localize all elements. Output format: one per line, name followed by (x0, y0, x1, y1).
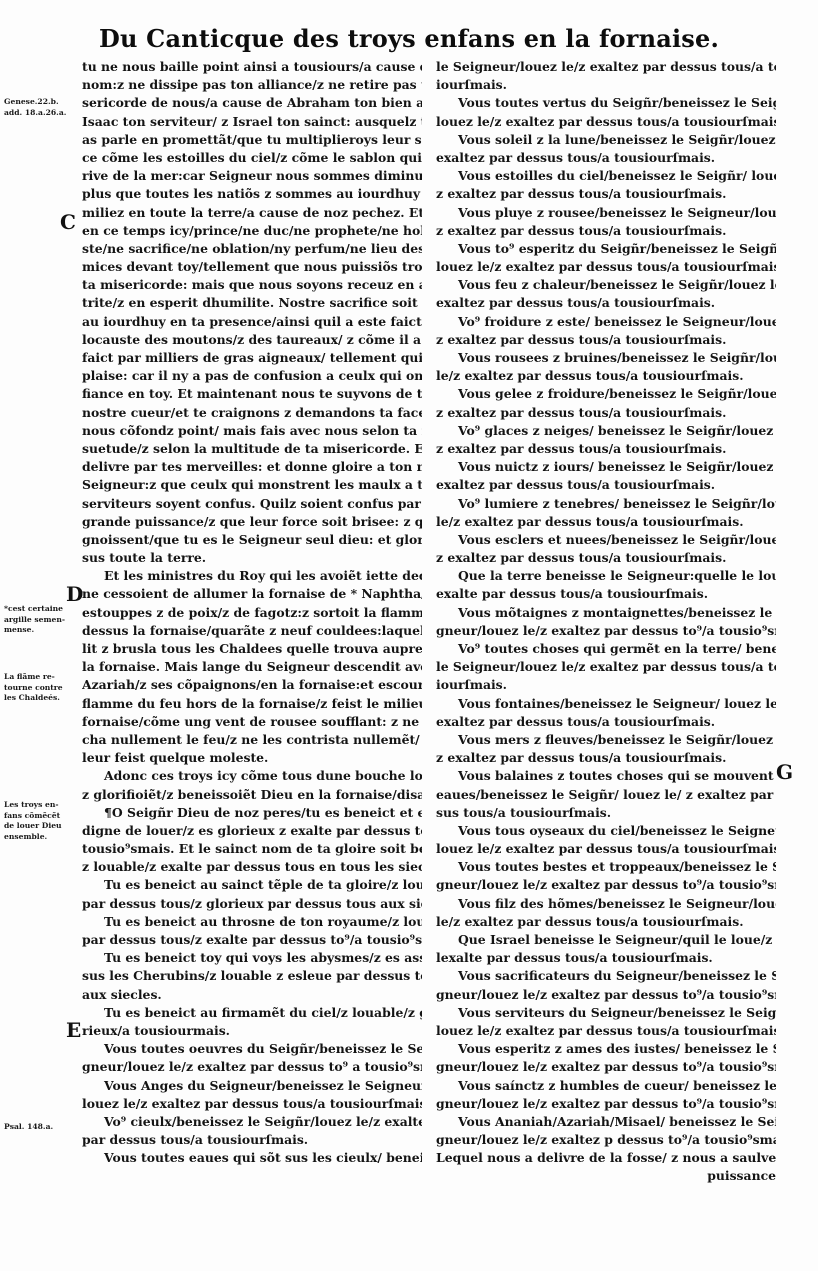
text-line: Tu es beneict au sainct tẽple de ta gloi… (82, 876, 422, 894)
text-line: au iourdhuy en ta presence/ainsi quil a … (82, 313, 422, 331)
text-line: ne cessoient de allumer la fornaise de *… (82, 585, 422, 603)
text-line: gneur/louez le/z exaltez par dessus to⁹ … (82, 1058, 422, 1076)
text-line: Vous Anges du Seigneur/beneissez le Seig… (82, 1077, 422, 1095)
text-line: la fornaise. Mais lange du Seigneur desc… (82, 658, 422, 676)
text-line: Vous mers z fleuves/beneissez le Seigñr/… (436, 731, 776, 749)
text-line: lexalte par dessus tous/a tousiourſmais. (436, 949, 776, 967)
text-line: le Seigneur/louez le/z exaltez par dessu… (436, 58, 776, 76)
text-line: rive de la mer:car Seigneur nous sommes … (82, 167, 422, 185)
text-line: sus les Cherubins/z louable z esleue par… (82, 967, 422, 985)
text-line: nostre cueur/et te craignons z demandons… (82, 404, 422, 422)
text-line: ste/ne sacrifice/ne oblation/ny perfum/n… (82, 240, 422, 258)
text-line: z exaltez par dessus tous/a tousiourſmai… (436, 331, 776, 349)
text-line: Tu es beneict au firmamẽt du ciel/z loua… (82, 1004, 422, 1022)
text-line: par dessus tous/z glorieux par dessus to… (82, 895, 422, 913)
text-line: aux siecles. (82, 986, 422, 1004)
section-marker-letter: C (60, 210, 76, 234)
text-line: le/z exaltez par dessus tous/a tousiourſ… (436, 913, 776, 931)
text-line: z exaltez par dessus tous/a tousiourſmai… (436, 749, 776, 767)
text-line: z exaltez par dessus tous/a tousiourſmai… (436, 404, 776, 422)
text-line: Vous rousees z bruines/beneissez le Seig… (436, 349, 776, 367)
left-text-column: tu ne nous baille point ainsi a tousiour… (82, 58, 422, 1167)
text-line: Vous toutes oeuvres du Seigñr/beneissez … (82, 1040, 422, 1058)
text-line: Vous feu z chaleur/beneissez le Seigñr/l… (436, 276, 776, 294)
text-line: Lequel nous a delivre de la fosse/ z nou… (436, 1149, 776, 1167)
text-line: Vous pluye z rousee/beneissez le Seigneu… (436, 204, 776, 222)
text-line: Vous soleil z la lune/beneissez le Seigñ… (436, 131, 776, 149)
text-line: Vous esclers et nuees/beneissez le Seigñ… (436, 531, 776, 549)
text-line: louez le/z exaltez par dessus tous/a tou… (436, 1022, 776, 1040)
text-line: gneur/louez le/z exaltez par dessus to⁹/… (436, 986, 776, 1004)
text-line: Tu es beneict au throsne de ton royaume/… (82, 913, 422, 931)
text-line: Tu es beneict toy qui voys les abysmes/z… (82, 949, 422, 967)
text-line: as parle en promettãt/que tu multipliero… (82, 131, 422, 149)
text-line: locauste des moutons/z des taureaux/ z c… (82, 331, 422, 349)
text-line: sericorde de nous/a cause de Abraham ton… (82, 94, 422, 112)
section-marker-letter: G (776, 760, 793, 784)
text-line: par dessus tous/a tousiourſmais. (82, 1131, 422, 1149)
text-line: Vo⁹ toutes choses qui germẽt en la terre… (436, 640, 776, 658)
book-page: Du Canticque des troys enfans en la forn… (0, 0, 818, 1271)
text-line: miliez en toute la terre/a cause de noz … (82, 204, 422, 222)
text-line: Vous esperitz z ames des iustes/ beneiss… (436, 1040, 776, 1058)
text-line: trite/z en esperit dhumilite. Nostre sac… (82, 294, 422, 312)
section-marker-letter: E (66, 1018, 81, 1042)
text-line: fornaise/cõme ung vent de rousee souffla… (82, 713, 422, 731)
text-line: Vous filz des hõmes/beneissez le Seigneu… (436, 895, 776, 913)
text-line: Seigneur:z que ceulx qui monstrent les m… (82, 476, 422, 494)
text-line: puissance (436, 1167, 776, 1185)
text-line: z exaltez par dessus tous/a tousiourſmai… (436, 549, 776, 567)
text-line: mices devant toy/tellement que nous puis… (82, 258, 422, 276)
text-line: le/z exaltez par dessus tous/a tousiourſ… (436, 513, 776, 531)
text-line: Vous estoilles du ciel/beneissez le Seig… (436, 167, 776, 185)
text-line: gnoissent/que tu es le Seigneur seul die… (82, 531, 422, 549)
text-line: Vous fontaines/beneissez le Seigneur/ lo… (436, 695, 776, 713)
text-line: z exaltez par dessus tous/a tousiourſmai… (436, 222, 776, 240)
text-line: gneur/louez le/z exaltez par dessus to⁹/… (436, 876, 776, 894)
text-line: plaise: car il ny a pas de confusion a c… (82, 367, 422, 385)
text-line: z louable/z exalte par dessus tous en to… (82, 858, 422, 876)
text-line: Que la terre beneisse le Seigneur:quelle… (436, 567, 776, 585)
text-line: ta misericorde: mais que nous soyons rec… (82, 276, 422, 294)
text-line: cha nullement le feu/z ne les contrista … (82, 731, 422, 749)
text-line: en ce temps icy/prince/ne duc/ne prophet… (82, 222, 422, 240)
text-line: ce cõme les estoilles du ciel/z cõme le … (82, 149, 422, 167)
text-line: leur feist quelque moleste. (82, 749, 422, 767)
text-line: iourſmais. (436, 76, 776, 94)
text-line: eaues/beneissez le Seigñr/ louez le/ z e… (436, 786, 776, 804)
text-line: lit z brusla tous les Chaldees quelle tr… (82, 640, 422, 658)
text-line: Vous toutes vertus du Seigñr/beneissez l… (436, 94, 776, 112)
text-line: estouppes z de poix/z de fagotz:z sortoi… (82, 604, 422, 622)
text-line: Vous toutes eaues qui sõt sus les cieulx… (82, 1149, 422, 1167)
running-head: Du Canticque des troys enfans en la forn… (0, 24, 818, 53)
text-line: nous cõfondz point/ mais fais avec nous … (82, 422, 422, 440)
text-line: exaltez par dessus tous/a tousiourſmais. (436, 294, 776, 312)
text-line: Vous Ananiah/Azariah/Misael/ beneissez l… (436, 1113, 776, 1131)
margin-note: Genese.22.b. add. 18.a.26.a. (4, 97, 70, 118)
text-line: sus tous/a tousiourſmais. (436, 804, 776, 822)
text-line: ¶O Seigñr Dieu de noz peres/tu es beneic… (82, 804, 422, 822)
text-line: suetude/z selon la multitude de ta miser… (82, 440, 422, 458)
text-line: Vous mõtaignes z montaignettes/beneissez… (436, 604, 776, 622)
text-line: Et les ministres du Roy qui les avoiẽt i… (82, 567, 422, 585)
text-line: par dessus tous/z exalte par dessus to⁹/… (82, 931, 422, 949)
text-line: Vous saínctz z humbles de cueur/ beneiss… (436, 1077, 776, 1095)
text-line: le/z exaltez par dessus tous/a tousiourſ… (436, 367, 776, 385)
text-line: louez le/z exaltez par dessus tous/a tou… (436, 258, 776, 276)
text-line: Vous toutes bestes et troppeaux/beneisse… (436, 858, 776, 876)
margin-note: Les troys en- fans cõmẽcẽt de louer Dieu… (4, 800, 70, 842)
margin-note: La flãme re- tourne contre les Chaldeés. (4, 672, 70, 704)
text-line: louez le/z exaltez par dessus tous/a tou… (436, 113, 776, 131)
text-line: z exaltez par dessus tous/a tousiourſmai… (436, 185, 776, 203)
text-line: gneur/louez le/z exaltez par dessus to⁹/… (436, 1095, 776, 1113)
text-line: Vo⁹ froidure z este/ beneissez le Seigne… (436, 313, 776, 331)
text-line: Vous gelee z froidure/beneissez le Seigñ… (436, 385, 776, 403)
text-line: louez le/z exaltez par dessus tous/a tou… (436, 840, 776, 858)
text-line: sus toute la terre. (82, 549, 422, 567)
text-line: Vous sacrificateurs du Seigneur/beneisse… (436, 967, 776, 985)
text-line: nom:z ne dissipe pas ton alliance/z ne r… (82, 76, 422, 94)
text-line: louez le/z exaltez par dessus tous/a tou… (82, 1095, 422, 1113)
text-line: flamme du feu hors de la fornaise/z feis… (82, 695, 422, 713)
margin-note: *cest certaine argille semen- mense. (4, 604, 70, 636)
text-line: gneur/louez le/z exaltez par dessus to⁹/… (436, 1058, 776, 1076)
text-line: Isaac ton serviteur/ z Israel ton sainct… (82, 113, 422, 131)
text-line: exaltez par dessus tous/a tousiourſmais. (436, 476, 776, 494)
text-line: Vo⁹ lumiere z tenebres/ beneissez le Sei… (436, 495, 776, 513)
text-line: Vous tous oyseaux du ciel/beneissez le S… (436, 822, 776, 840)
text-line: exaltez par dessus tous/a tousiourſmais. (436, 149, 776, 167)
text-line: gneur/louez le/z exaltez par dessus to⁹/… (436, 622, 776, 640)
text-line: Adonc ces troys icy cõme tous dune bouch… (82, 767, 422, 785)
text-line: exaltez par dessus tous/a tousiourſmais. (436, 713, 776, 731)
text-line: Que Israel beneisse le Seigneur/quil le … (436, 931, 776, 949)
text-line: plus que toutes les natiõs z sommes au i… (82, 185, 422, 203)
margin-note: Psal. 148.a. (4, 1122, 70, 1133)
text-line: tousio⁹smais. Et le sainct nom de ta glo… (82, 840, 422, 858)
text-line: serviteurs soyent confus. Quilz soient c… (82, 495, 422, 513)
text-line: z exaltez par dessus tous/a tousiourſmai… (436, 440, 776, 458)
text-line: dessus la fornaise/quarãte z neuf coulde… (82, 622, 422, 640)
text-line: Vous to⁹ esperitz du Seigñr/beneissez le… (436, 240, 776, 258)
text-line: z glorifioiẽt/z beneissoiẽt Dieu en la f… (82, 786, 422, 804)
text-line: exalte par dessus tous/a tousiourſmais. (436, 585, 776, 603)
text-line: tu ne nous baille point ainsi a tousiour… (82, 58, 422, 76)
text-line: fiance en toy. Et maintenant nous te suy… (82, 385, 422, 403)
text-line: iourſmais. (436, 676, 776, 694)
text-line: Vous serviteurs du Seigneur/beneissez le… (436, 1004, 776, 1022)
text-line: Vo⁹ cieulx/beneissez le Seigñr/louez le/… (82, 1113, 422, 1131)
text-line: Vo⁹ glaces z neiges/ beneissez le Seigñr… (436, 422, 776, 440)
text-line: le Seigneur/louez le/z exaltez par dessu… (436, 658, 776, 676)
right-text-column: le Seigneur/louez le/z exaltez par dessu… (436, 58, 776, 1186)
text-line: rieux/a tousiourmais. (82, 1022, 422, 1040)
text-line: digne de louer/z es glorieux z exalte pa… (82, 822, 422, 840)
text-line: Azariah/z ses cõpaignons/en la fornaise:… (82, 676, 422, 694)
text-line: grande puissance/z que leur force soit b… (82, 513, 422, 531)
text-line: gneur/louez le/z exaltez p dessus to⁹/a … (436, 1131, 776, 1149)
text-line: Vous balaines z toutes choses qui se mou… (436, 767, 776, 785)
section-marker-letter: D (66, 582, 83, 606)
text-line: delivre par tes merveilles: et donne glo… (82, 458, 422, 476)
text-line: Vous nuictz z iours/ beneissez le Seigñr… (436, 458, 776, 476)
text-line: faict par milliers de gras aigneaux/ tel… (82, 349, 422, 367)
